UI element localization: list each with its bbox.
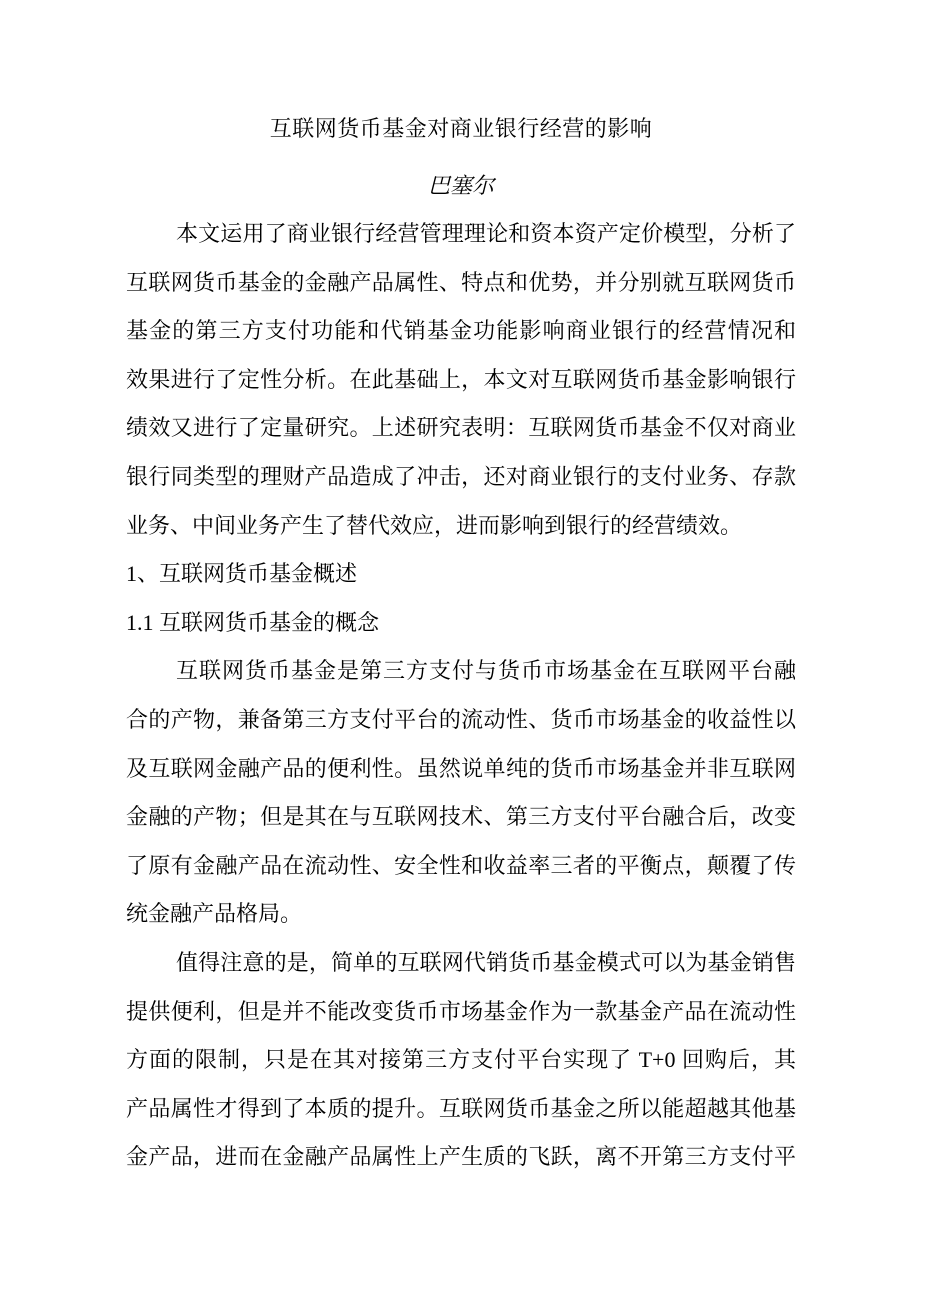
text-line: 金融的产物；但是其在与互联网技术、第三方支付平台融合后，改变: [126, 793, 796, 842]
document-title: 互联网货币基金对商业银行经营的影响: [126, 104, 796, 153]
text-line: 互联网货币基金的金融产品属性、特点和优势，并分别就互联网货币: [126, 259, 796, 308]
text-line: 本文运用了商业银行经营管理理论和资本资产定价模型，分析了: [126, 210, 796, 259]
text-line: 及互联网金融产品的便利性。虽然说单纯的货币市场基金并非互联网: [126, 745, 796, 794]
text-line: 合的产物，兼备第三方支付平台的流动性、货币市场基金的收益性以: [126, 696, 796, 745]
text-line: 银行同类型的理财产品造成了冲击，还对商业银行的支付业务、存款: [126, 453, 796, 502]
text-line: 产品属性才得到了本质的提升。互联网货币基金之所以能超越其他基: [126, 1085, 796, 1134]
document-page: 互联网货币基金对商业银行经营的影响 巴塞尔 本文运用了商业银行经营管理理论和资本…: [0, 0, 926, 1309]
text-line: 业务、中间业务产生了替代效应，进而影响到银行的经营绩效。: [126, 502, 796, 551]
document-body: 本文运用了商业银行经营管理理论和资本资产定价模型，分析了互联网货币基金的金融产品…: [126, 210, 796, 1182]
text-line: 基金的第三方支付功能和代销基金功能影响商业银行的经营情况和: [126, 307, 796, 356]
text-line: 值得注意的是，简单的互联网代销货币基金模式可以为基金销售: [126, 939, 796, 988]
text-line: 了原有金融产品在流动性、安全性和收益率三者的平衡点，颠覆了传: [126, 842, 796, 891]
text-line: 金产品，进而在金融产品属性上产生质的飞跃，离不开第三方支付平: [126, 1133, 796, 1182]
text-line: 方面的限制，只是在其对接第三方支付平台实现了 T+0 回购后，其: [126, 1036, 796, 1085]
document-content: 互联网货币基金对商业银行经营的影响 巴塞尔 本文运用了商业银行经营管理理论和资本…: [126, 0, 796, 1182]
document-author: 巴塞尔: [126, 161, 796, 210]
section-heading: 1、互联网货币基金概述: [126, 550, 796, 599]
text-line: 提供便利，但是并不能改变货币市场基金作为一款基金产品在流动性: [126, 988, 796, 1037]
text-line: 绩效又进行了定量研究。上述研究表明：互联网货币基金不仅对商业: [126, 404, 796, 453]
text-line: 效果进行了定性分析。在此基础上，本文对互联网货币基金影响银行: [126, 356, 796, 405]
text-line: 互联网货币基金是第三方支付与货币市场基金在互联网平台融: [126, 647, 796, 696]
text-line: 统金融产品格局。: [126, 890, 796, 939]
subsection-heading: 1.1 互联网货币基金的概念: [126, 599, 796, 648]
